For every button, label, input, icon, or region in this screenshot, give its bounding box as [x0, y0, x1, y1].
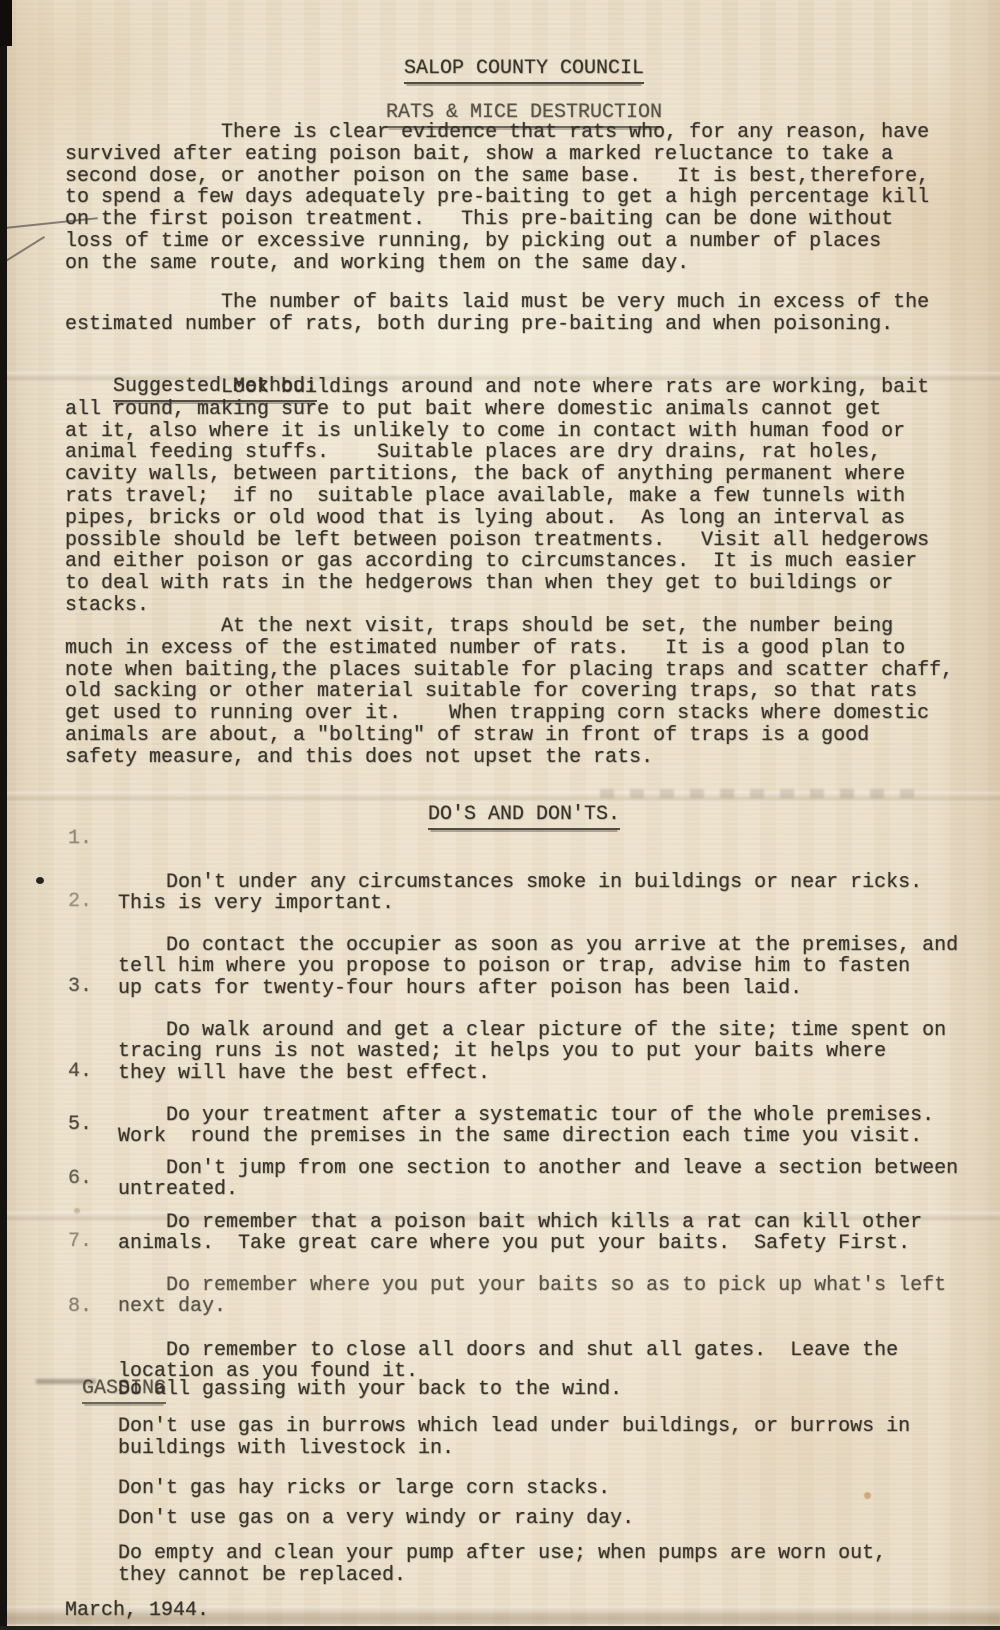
dos-item-number: 6. — [68, 1168, 92, 1190]
paper-speck — [74, 1208, 80, 1214]
intro-paragraph-1: There is clear evidence that rats who, f… — [65, 122, 980, 275]
gassing-item-5: Do empty and clean your pump after use; … — [118, 1543, 980, 1587]
suggested-method-body: Look buildings around and note where rat… — [65, 377, 980, 617]
gassing-item-1: Do all gassing with your back to the win… — [118, 1379, 980, 1401]
gassing-item-2: Don't use gas in burrows which lead unde… — [118, 1416, 980, 1460]
suggested-method-body2: At the next visit, traps should be set, … — [65, 616, 980, 769]
scan-edge-bottom — [0, 1626, 1000, 1630]
dos-item-text: Do remember to close all doors and shut … — [118, 1339, 898, 1384]
ink-dot — [36, 877, 44, 884]
intro-paragraph-2: The number of baits laid must be very mu… — [65, 292, 980, 336]
dos-item-number: 7. — [68, 1231, 92, 1253]
dos-item-number: 1. — [68, 828, 92, 850]
dos-item-number: 8. — [68, 1296, 92, 1318]
pencil-mark — [5, 236, 45, 262]
scan-edge-corner — [0, 0, 12, 46]
dos-item-number: 5. — [68, 1114, 92, 1136]
document-page: SALOP COUNTY COUNCIL RATS & MICE DESTRUC… — [0, 0, 1000, 1630]
date-line: March, 1944. — [65, 1600, 209, 1622]
gassing-item-3: Don't gas hay ricks or large corn stacks… — [118, 1478, 980, 1500]
dos-item-number: 2. — [68, 891, 92, 913]
dos-item-number: 3. — [68, 976, 92, 998]
gassing-item-4: Don't use gas on a very windy or rainy d… — [118, 1508, 980, 1530]
scan-edge-left — [0, 0, 7, 1630]
dos-item-number: 4. — [68, 1061, 92, 1083]
